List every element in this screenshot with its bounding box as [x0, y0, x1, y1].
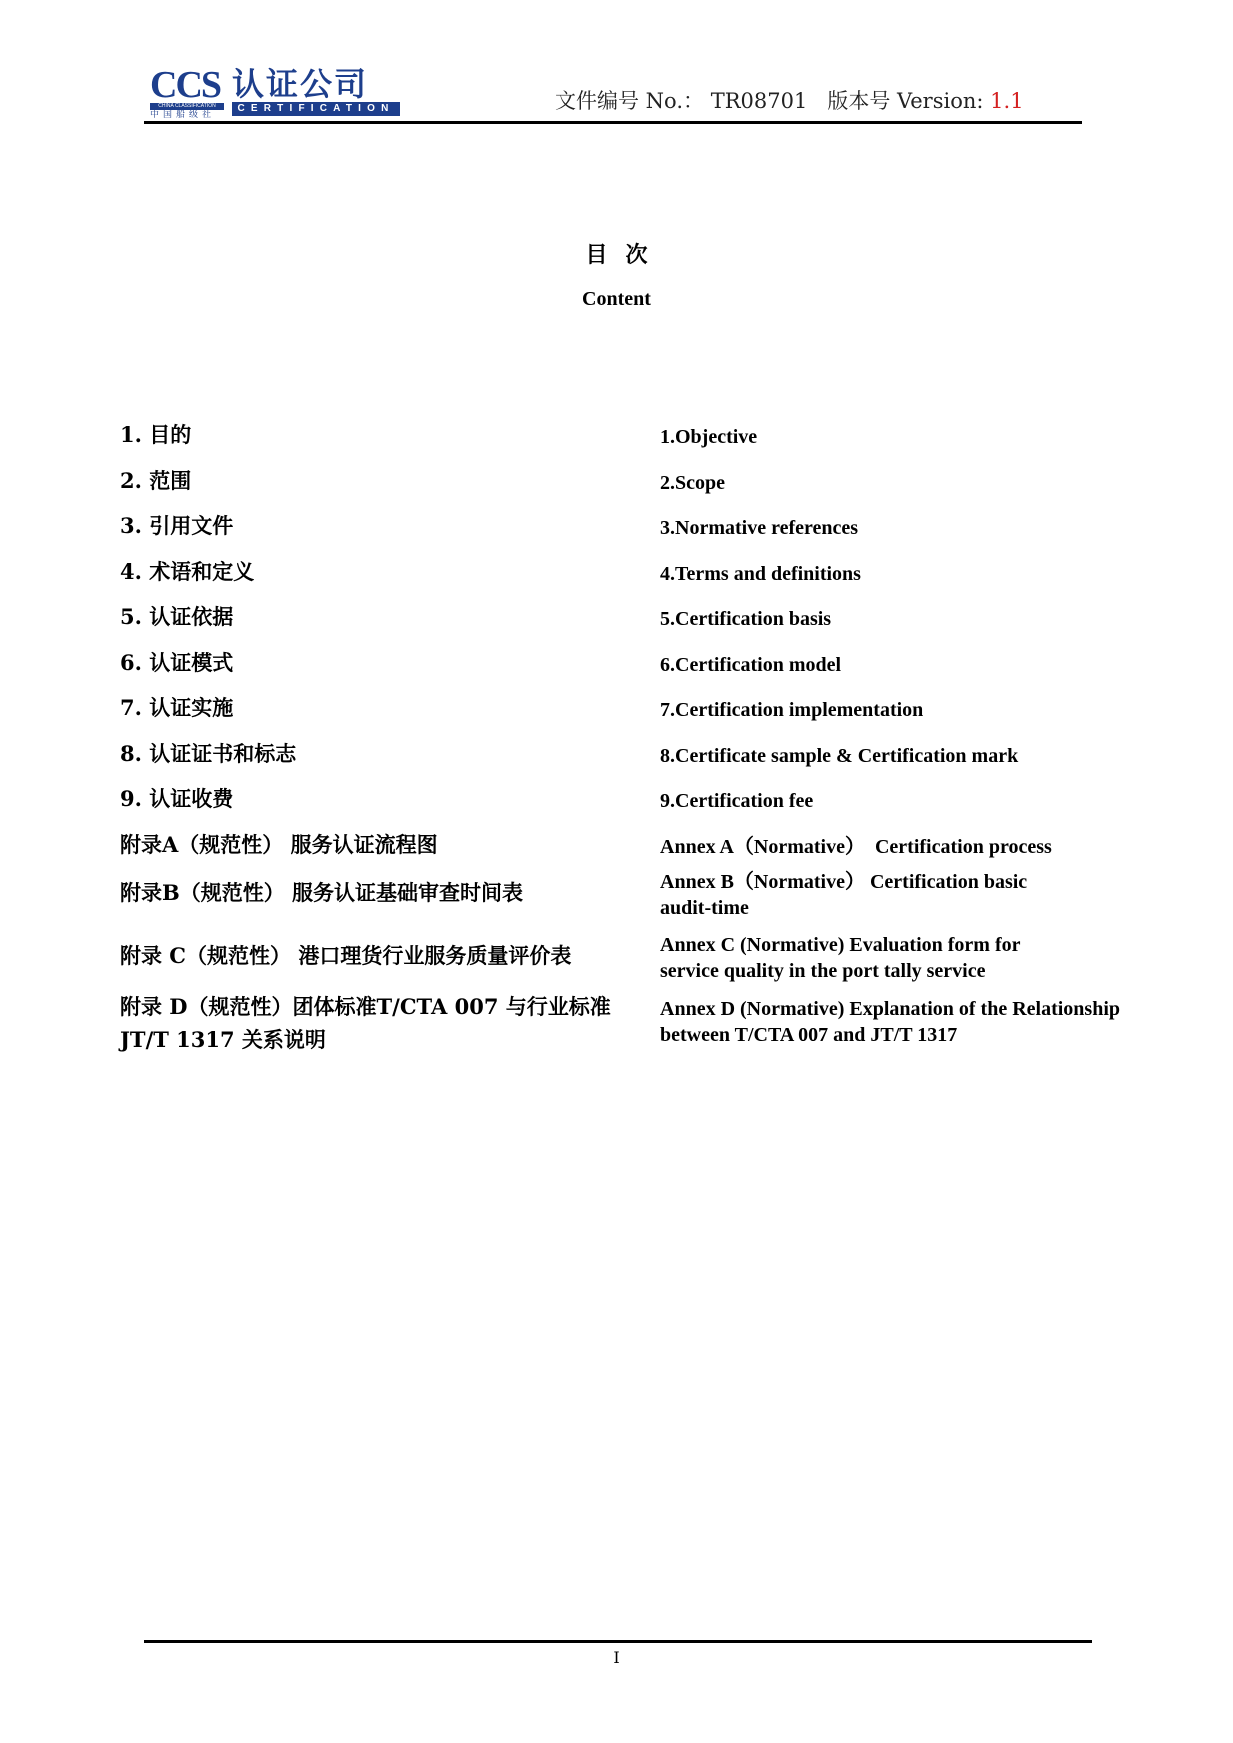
ccs-logo: CCS [150, 66, 220, 104]
toc-entry-cn[interactable]: 1. 目的 [120, 419, 191, 451]
toc-entry-cn[interactable]: 4. 术语和定义 [120, 556, 254, 588]
toc-entry-en[interactable]: 9.Certification fee [660, 788, 1110, 814]
toc-entry-en[interactable]: Annex A（Normative） Certification process [660, 834, 1110, 860]
toc-entry-en[interactable]: Annex D (Normative) Explanation of the R… [660, 996, 1120, 1048]
toc-entry-cn[interactable]: 附录 D（规范性）团体标准T/CTA 007 与行业标准 JT/T 1317 关… [120, 990, 645, 1056]
toc-entry-cn[interactable]: 6. 认证模式 [120, 647, 233, 679]
company-name-cn: 认证公司 [232, 66, 368, 102]
ccs-logo-text: CCS [150, 64, 220, 106]
toc-entry-cn[interactable]: 附录 C（规范性） 港口理货行业服务质量评价表 [120, 940, 571, 972]
toc-entry-cn[interactable]: 附录A（规范性） 服务认证流程图 [120, 829, 438, 861]
toc-entry-cn[interactable]: 2. 范围 [120, 465, 191, 497]
footer-divider [144, 1640, 1092, 1643]
toc-entry-en[interactable]: Annex C (Normative) Evaluation form for … [660, 932, 1060, 984]
society-cn-label: 中国船级社 [150, 110, 215, 121]
toc-title-cn: 目次 [0, 238, 1233, 269]
doc-no-label: 文件编号 No.： [555, 89, 704, 113]
toc-entry-en[interactable]: 6.Certification model [660, 652, 1110, 678]
header-divider [144, 121, 1082, 124]
toc-entry-en[interactable]: 2.Scope [660, 470, 1110, 496]
toc-entry-en[interactable]: Annex B（Normative） Certification basic a… [660, 869, 1080, 921]
toc-entry-cn[interactable]: 7. 认证实施 [120, 692, 233, 724]
toc-entry-en[interactable]: 5.Certification basis [660, 606, 1110, 632]
toc-entry-cn[interactable]: 8. 认证证书和标志 [120, 738, 296, 770]
society-en-label: CHINA CLASSIFICATION SOCIETY [150, 103, 224, 110]
toc-entry-cn[interactable]: 5. 认证依据 [120, 601, 233, 633]
page-number: I [0, 1648, 1233, 1667]
version-label: 版本号 Version: [827, 89, 983, 113]
document-info: 文件编号 No.： TR08701 版本号 Version: 1.1 [555, 88, 1024, 114]
toc-entry-cn[interactable]: 3. 引用文件 [120, 510, 233, 542]
toc-entry-en[interactable]: 7.Certification implementation [660, 697, 1110, 723]
toc-title-en: Content [0, 288, 1233, 311]
toc-entry-en[interactable]: 8.Certificate sample & Certification mar… [660, 743, 1110, 769]
toc-entry-cn[interactable]: 附录B（规范性） 服务认证基础审查时间表 [120, 877, 523, 909]
toc-entry-en[interactable]: 4.Terms and definitions [660, 561, 1110, 587]
toc-entry-en[interactable]: 3.Normative references [660, 515, 1110, 541]
version-value: 1.1 [990, 89, 1023, 113]
toc-entry-cn[interactable]: 9. 认证收费 [120, 783, 233, 815]
certification-banner: CERTIFICATION [232, 102, 400, 116]
doc-no: TR08701 [711, 89, 808, 113]
toc-entry-en[interactable]: 1.Objective [660, 424, 1110, 450]
